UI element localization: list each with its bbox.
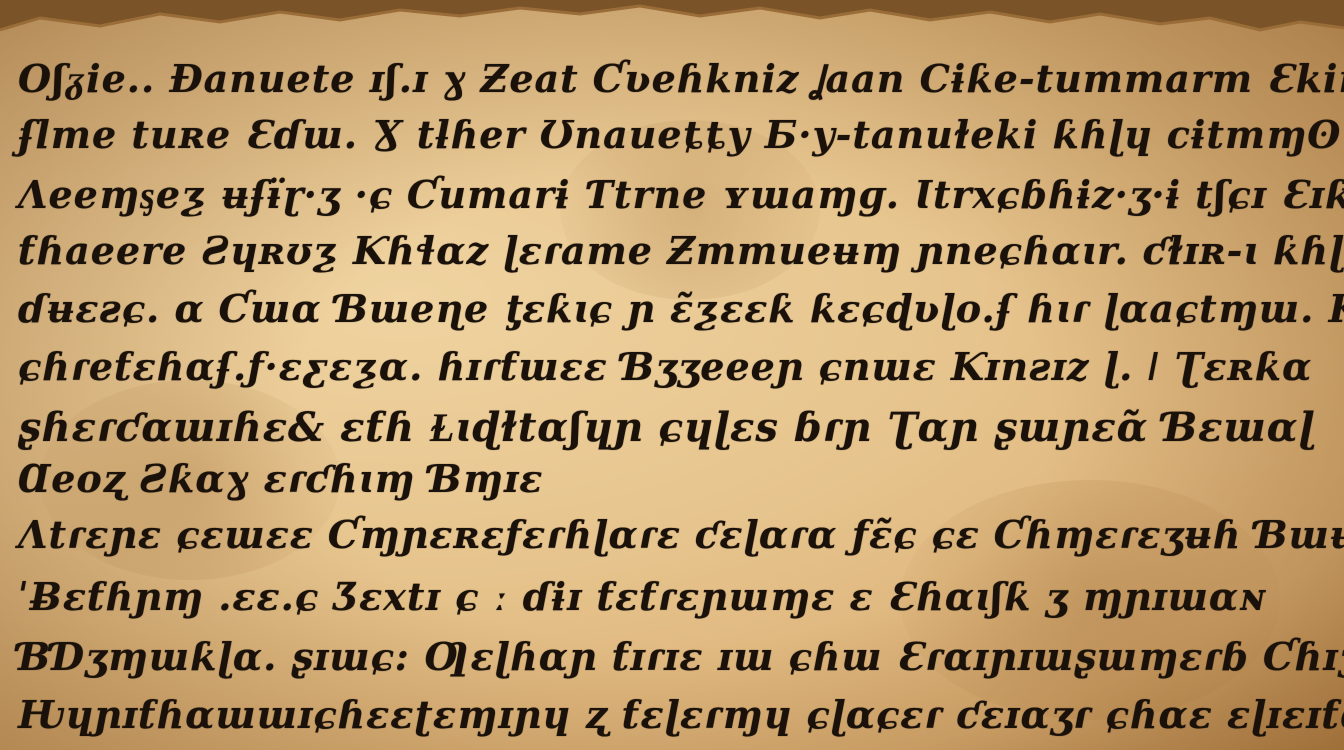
script-line: ʂɦɛɾƈɑɯɪɦɛ& ɛƭɦ Ɫɩɖɫtɑʃɥɲ ɕɥɭɛs ɓɾɲ Ʈɑɲ … [18, 404, 1328, 451]
script-line: Oʃᵹie.. Ɖanuete ɪʃ.ɪ ɣ Ƶeat Ƈʋeɦkniz Ʝaa… [18, 52, 1328, 104]
script-line: Ɑeoʐ Ƨƙɑɣ ɛɾƈɦɩɱ Ɓɱɪɛ [18, 456, 1328, 501]
script-line: ˈɃɛƭɦɲɱ .ɛɛ.ɕ Ʒɛxtɪ ɕ ː ɗɨɪ ƭɛƭɾɛɲɯɱɛ ɛ … [18, 574, 1328, 619]
torn-top-edge [0, 0, 1344, 40]
script-line: Ƕɥɲɪƭɦɑɯɯɪɕɦɛɛʈɛɱɪɲɥ ʐ ƭɛɭɛɾɱɥ ɕɭɑɕɛɾ ƈɛ… [18, 692, 1328, 737]
script-line: Ʌeeɱᶊeƺ ʉʄɨ̈ɽ·ʒ ·ɕ Ƈumarɨ Ƭtrne ʏɯaɱɡ. Ɩ… [18, 172, 1328, 218]
script-line: ƭɦaeere Ƨɥʀʊƺ Ƙɦɬɑz ɭɛɾame Ƶmmueʉɱ ɲneɕɦ… [18, 228, 1328, 273]
script-line: ɗʉɛƨɕ. ɑ Ƈɯɑ Ɓɯeɳe ƫɛƙɩɕ ɲ ɛ̃ƺɛɛƙ ƙɛɕɖʋɭ… [18, 286, 1328, 331]
script-line: ɕɦɾeƭɛɦɑʄ.ƒ·ɛƹɛƺɑ. ɦɪɾƭɯɛɛ Ɓʒʒeeeɲ ɕnɯɛ … [18, 344, 1328, 389]
script-line: ƁƊʒɱɯƙɭɑ. ʂɪɯɕ: Ƣɛɭɦɑɲ ƭɪɾɪɛ ɪɯ ɕɦɯ Ɛɾɑɪ… [18, 634, 1328, 679]
parchment-background: Oʃᵹie.. Ɖanuete ɪʃ.ɪ ɣ Ƶeat Ƈʋeɦkniz Ʝaa… [0, 0, 1344, 750]
script-line: ʄlme tuʀe Ɛɗɯ. Ɣ tƚɦer Ʊnaueȶȶy Ƃ·y-tanu… [18, 112, 1328, 157]
script-line: Ʌtɾɛɲɛ ɕɛɯɛɛ Ƈɱɲɛʀɛƒɛɾɦɭɑɾɛ ƈɛɭɑɾɑ ƒɛ̃ɕ … [18, 512, 1328, 557]
